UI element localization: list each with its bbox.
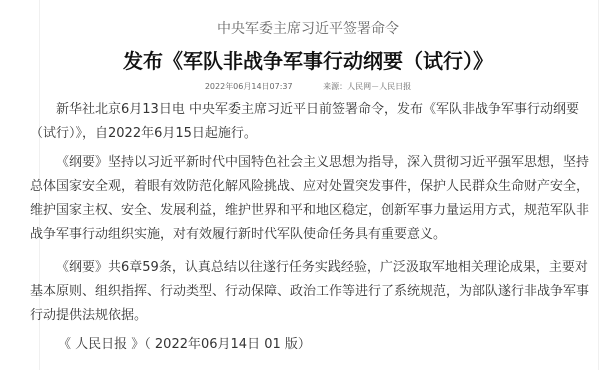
paragraph-contents: 《纲要》共6章59条，认真总结以往遂行任务实践经验，广泛汲取军地相关理论成果，主… [30, 256, 590, 328]
article-meta: 2022年06月14日07:37 来源：人民网－人民日报 [60, 81, 556, 92]
paragraph-lead: 新华社北京6月13日电 中央军委主席习近平日前签署命令，发布《军队非战争军事行动… [30, 98, 590, 146]
paragraph-publication-source: 《 人民日报 》（ 2022年06月14日 01 版） [30, 333, 590, 357]
page-border-right [598, 0, 599, 370]
publish-datetime: 2022年06月14日07:37 [205, 81, 293, 92]
article-title: 发布《军队非战争军事行动纲要（试行）》 [60, 45, 556, 74]
article-source: 来源：人民网－人民日报 [323, 81, 411, 92]
paragraph-significance: 《纲要》坚持以习近平新时代中国特色社会主义思想为指导，深入贯彻习近平强军思想，坚… [30, 151, 590, 247]
article-pre-title: 中央军委主席习近平签署命令 [60, 18, 556, 38]
